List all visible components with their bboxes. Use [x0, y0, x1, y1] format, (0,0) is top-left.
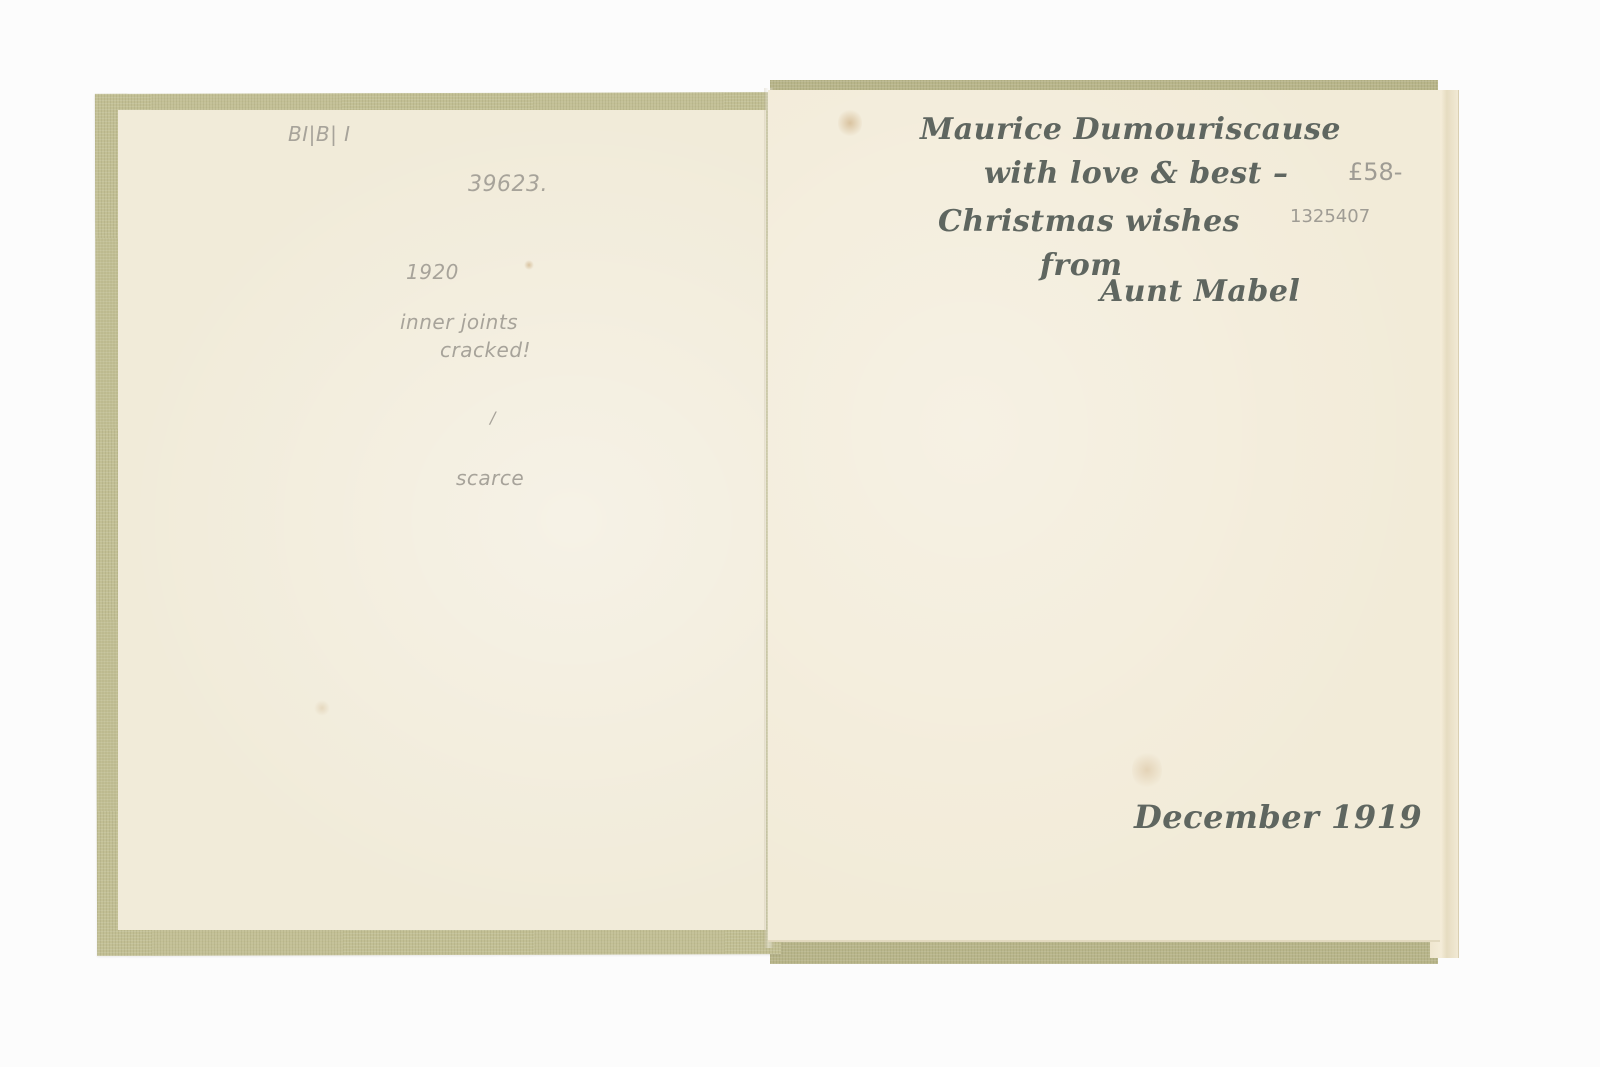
condition-note-line2: cracked! [440, 338, 531, 362]
inscription-line1: Maurice Dumouriscause [920, 112, 1341, 147]
foxing-spot [1132, 750, 1162, 790]
open-book-photo: BI|B| I 39623. 1920 inner joints cracked… [0, 0, 1600, 1067]
foxing-spot [838, 108, 862, 138]
stock-number: 39623. [468, 172, 548, 197]
pastedown-endpaper: BI|B| I 39623. 1920 inner joints cracked… [118, 110, 766, 930]
shelf-mark: BI|B| I [288, 122, 351, 146]
price-note: £58- [1348, 158, 1402, 186]
free-endpaper: Maurice Dumouriscause with love & best –… [768, 90, 1440, 942]
year-note: 1920 [406, 260, 459, 284]
inscription-line2: with love & best – [984, 156, 1289, 191]
foxing-spot [314, 700, 330, 716]
rarity-note: scarce [456, 466, 524, 490]
pencil-mark: / [490, 408, 496, 427]
foxing-spot [524, 260, 534, 270]
inscription-line5: Aunt Mabel [1100, 274, 1300, 309]
condition-note-line1: inner joints [400, 310, 518, 334]
inscription-line3: Christmas wishes [938, 204, 1240, 239]
inscription-date: December 1919 [1134, 798, 1422, 836]
catalog-number: 1325407 [1290, 206, 1370, 227]
